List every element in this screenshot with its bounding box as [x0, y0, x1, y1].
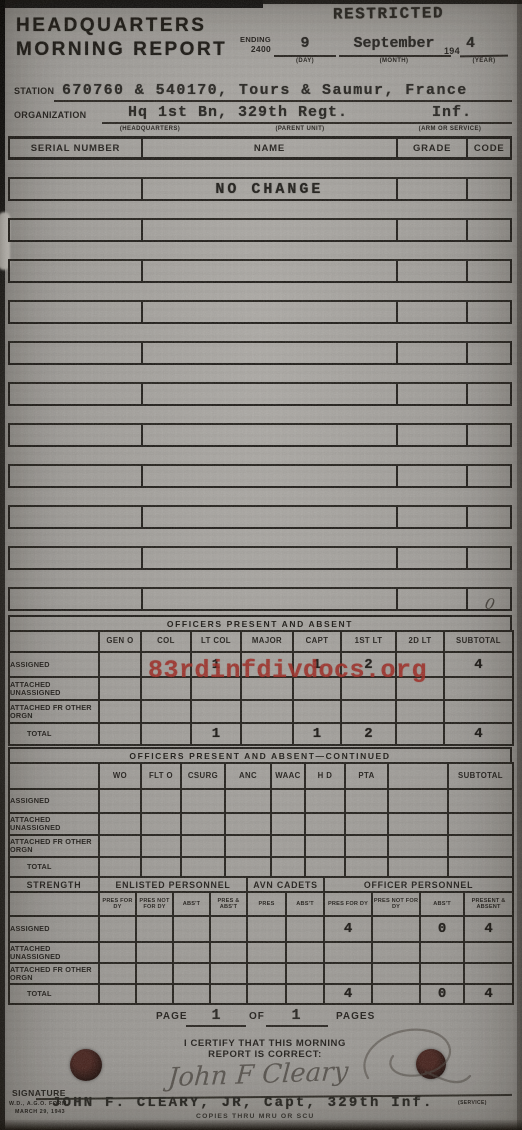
value-cell	[99, 652, 141, 677]
ending-day-value: 9	[276, 35, 334, 52]
column-header-cell: MAJOR	[241, 631, 293, 652]
roster-cell	[10, 589, 141, 609]
value-cell	[173, 963, 210, 984]
value-cell	[99, 677, 141, 700]
value-cell: 4	[324, 916, 372, 942]
table-corner-cell	[9, 631, 99, 652]
roster-header-cell: CODE	[466, 139, 510, 157]
roster-cell	[466, 220, 510, 240]
value-cell: 4	[464, 916, 513, 942]
strength-table: STRENGTHENLISTED PERSONNELAVN CADETSOFFI…	[8, 876, 512, 1005]
sub-header-empty-cell	[9, 892, 99, 916]
value-cell	[141, 857, 181, 877]
column-header-cell: ANC	[225, 763, 271, 789]
roster-row: NO CHANGE	[8, 177, 512, 201]
roster-row	[8, 218, 512, 242]
roster-row	[8, 259, 512, 283]
station-label: STATION	[14, 86, 54, 96]
group-header-cell: OFFICER PERSONNEL	[324, 877, 513, 892]
row-label-cell: ASSIGNED	[9, 916, 99, 942]
value-cell: 1	[191, 723, 241, 745]
column-header-cell: COL	[141, 631, 191, 652]
value-cell	[225, 789, 271, 813]
roster-header-cell: NAME	[141, 139, 396, 157]
value-cell	[247, 984, 286, 1004]
group-header-cell: AVN CADETS	[247, 877, 324, 892]
roster-cell	[10, 179, 141, 199]
value-cell	[99, 723, 141, 745]
sub-header-cell: PRES FOR DY	[99, 892, 136, 916]
roster-table: SERIAL NUMBERNAMEGRADECODENO CHANGE	[8, 136, 512, 611]
roster-row	[8, 341, 512, 365]
roster-cell: NO CHANGE	[141, 179, 396, 199]
sub-header-cell: PRES NOT FOR DY	[372, 892, 420, 916]
value-cell	[324, 963, 372, 984]
roster-row	[8, 546, 512, 570]
roster-cell	[466, 425, 510, 445]
roster-cell	[396, 261, 466, 281]
organization-headquarters-value: Hq 1st Bn, 329th Regt.	[128, 104, 348, 121]
row-label-cell: TOTAL	[9, 723, 99, 745]
roster-row	[8, 587, 512, 611]
group-header-cell: ENLISTED PERSONNEL	[99, 877, 247, 892]
roster-cell	[141, 589, 396, 609]
value-cell	[99, 916, 136, 942]
value-cell	[210, 984, 247, 1004]
page-underline	[186, 1025, 246, 1027]
scan-edge-top-left	[0, 0, 263, 8]
day-caption: (DAY)	[276, 58, 334, 64]
day-underline	[274, 55, 336, 57]
roster-cell	[10, 425, 141, 445]
value-cell	[448, 789, 513, 813]
value-cell	[345, 857, 388, 877]
row-label-cell: TOTAL	[9, 984, 99, 1004]
value-cell	[141, 813, 181, 835]
value-cell	[271, 813, 305, 835]
roster-cell	[10, 261, 141, 281]
value-cell	[136, 984, 173, 1004]
value-cell	[241, 700, 293, 723]
sub-header-cell: ABS'T	[286, 892, 324, 916]
organization-underline	[102, 122, 512, 124]
watermark-text: 83rdinfdivdocs.org	[148, 656, 427, 685]
value-cell	[305, 813, 345, 835]
value-cell	[324, 942, 372, 963]
value-cell	[271, 835, 305, 857]
roster-cell	[10, 466, 141, 486]
scan-edge-bottom	[0, 1120, 522, 1130]
roster-cell	[396, 384, 466, 404]
value-cell	[99, 835, 141, 857]
value-cell: 1	[293, 723, 341, 745]
officers-table: GEN OCOLLT COLMAJORCAPT1ST LT2D LTSUBTOT…	[8, 630, 514, 746]
column-header-cell: CSURG	[181, 763, 225, 789]
roster-cell	[396, 507, 466, 527]
value-cell	[173, 916, 210, 942]
column-header-cell: GEN O	[99, 631, 141, 652]
roster-row	[8, 300, 512, 324]
ending-label-block: ENDING 2400	[237, 36, 271, 54]
roster-header-row: SERIAL NUMBERNAMEGRADECODE	[8, 136, 512, 160]
roster-cell	[141, 384, 396, 404]
value-cell	[210, 942, 247, 963]
roster-cell	[10, 220, 141, 240]
value-cell	[444, 677, 513, 700]
form-note-line2: MARCH 29, 1943	[15, 1109, 65, 1115]
value-cell	[293, 700, 341, 723]
value-cell	[372, 916, 420, 942]
service-caption: (SERVICE)	[458, 1100, 487, 1106]
value-cell	[247, 916, 286, 942]
continued-table: WOFLT OCSURGANCWAACH DPTASUBTOTALASSIGNE…	[8, 762, 514, 878]
roster-cell	[141, 261, 396, 281]
value-cell	[464, 942, 513, 963]
value-cell	[345, 813, 388, 835]
roster-cell	[10, 302, 141, 322]
morning-report-scan: RESTRICTED HEADQUARTERS MORNING REPORT E…	[0, 0, 522, 1130]
sub-header-cell: PRES FOR DY	[324, 892, 372, 916]
sub-header-cell: PRES	[247, 892, 286, 916]
value-cell	[173, 942, 210, 963]
value-cell	[181, 789, 225, 813]
value-cell	[345, 789, 388, 813]
value-cell	[286, 942, 324, 963]
roster-cell	[396, 589, 466, 609]
column-header-cell: SUBTOTAL	[444, 631, 513, 652]
month-underline	[339, 55, 451, 57]
column-header-cell: LT COL	[191, 631, 241, 652]
value-cell	[341, 700, 396, 723]
value-cell	[444, 700, 513, 723]
officers-table-title: OFFICERS PRESENT AND ABSENT	[8, 615, 512, 630]
roster-cell	[141, 548, 396, 568]
value-cell	[141, 723, 191, 745]
signature-script: John F Cleary	[167, 1057, 349, 1093]
value-cell	[286, 984, 324, 1004]
roster-cell	[396, 548, 466, 568]
value-cell	[99, 813, 141, 835]
value-cell	[99, 984, 136, 1004]
table-corner-cell	[9, 763, 99, 789]
routing-note-stamp: COPIES THRU MRU OR SCU	[196, 1113, 315, 1120]
roster-cell	[10, 343, 141, 363]
value-cell	[372, 984, 420, 1004]
value-cell	[305, 857, 345, 877]
typed-signature-name: JOHN F. CLEARY, JR, Capt, 329th Inf.	[52, 1095, 434, 1111]
value-cell: 4	[324, 984, 372, 1004]
value-cell	[372, 963, 420, 984]
roster-cell	[466, 302, 510, 322]
value-cell	[136, 942, 173, 963]
roster-row	[8, 505, 512, 529]
organization-arm-value: Inf.	[432, 104, 472, 121]
parent-unit-caption: (PARENT UNIT)	[250, 126, 350, 132]
column-header-cell: 1ST LT	[341, 631, 396, 652]
value-cell	[464, 963, 513, 984]
scan-edge-right	[517, 0, 522, 1130]
roster-header-cell: SERIAL NUMBER	[10, 139, 141, 157]
page-number: 1	[188, 1007, 244, 1024]
roster-cell	[396, 220, 466, 240]
roster-cell	[466, 466, 510, 486]
column-header-cell: PTA	[345, 763, 388, 789]
roster-cell	[10, 384, 141, 404]
form-title-line2: MORNING REPORT	[16, 39, 227, 61]
value-cell: 4	[444, 652, 513, 677]
sub-header-cell: ABS'T	[173, 892, 210, 916]
column-header-cell: FLT O	[141, 763, 181, 789]
year-caption: (YEAR)	[460, 58, 508, 64]
value-cell: 0	[420, 916, 464, 942]
month-caption: (MONTH)	[340, 58, 448, 64]
sub-header-cell: PRES & ABS'T	[210, 892, 247, 916]
value-cell	[388, 857, 448, 877]
value-cell	[225, 835, 271, 857]
value-cell	[191, 700, 241, 723]
roster-cell	[141, 507, 396, 527]
value-cell	[181, 813, 225, 835]
roster-header-cell: GRADE	[396, 139, 466, 157]
roster-cell	[466, 343, 510, 363]
row-label-cell: ATTACHED FR OTHER ORGN	[9, 835, 99, 857]
value-cell	[286, 916, 324, 942]
station-value: 670760 & 540170, Tours & Saumur, France	[62, 82, 468, 99]
organization-label: ORGANIZATION	[14, 110, 86, 120]
row-label-cell: ATTACHED UNASSIGNED	[9, 813, 99, 835]
value-cell	[396, 723, 444, 745]
value-cell	[305, 789, 345, 813]
year-value: 4	[466, 35, 475, 52]
value-cell	[388, 789, 448, 813]
row-label-cell: ATTACHED FR OTHER ORGN	[9, 963, 99, 984]
value-cell	[181, 857, 225, 877]
row-label-cell: ASSIGNED	[9, 652, 99, 677]
arm-service-caption: (ARM OR SERVICE)	[400, 126, 500, 132]
scan-edge-left	[0, 0, 5, 1130]
value-cell	[141, 789, 181, 813]
officers-continued-section: OFFICERS PRESENT AND ABSENT—CONTINUED WO…	[8, 747, 512, 878]
value-cell	[448, 835, 513, 857]
value-cell	[396, 700, 444, 723]
roster-cell	[141, 343, 396, 363]
roster-cell	[141, 466, 396, 486]
column-header-cell: CAPT	[293, 631, 341, 652]
value-cell: 4	[464, 984, 513, 1004]
column-header-cell: H D	[305, 763, 345, 789]
value-cell	[448, 857, 513, 877]
row-label-cell: ASSIGNED	[9, 789, 99, 813]
roster-cell	[396, 466, 466, 486]
row-label-cell: ATTACHED FR OTHER ORGN	[9, 700, 99, 723]
value-cell	[225, 813, 271, 835]
roster-cell	[396, 179, 466, 199]
value-cell	[141, 835, 181, 857]
value-cell	[99, 963, 136, 984]
value-cell	[141, 700, 191, 723]
roster-cell	[396, 343, 466, 363]
roster-cell	[141, 425, 396, 445]
sub-header-cell: ABS'T	[420, 892, 464, 916]
value-cell	[136, 963, 173, 984]
form-title-line1: HEADQUARTERS	[16, 15, 206, 37]
year-prefix: 194	[444, 46, 460, 56]
punch-hole-left	[70, 1049, 102, 1081]
restricted-stamp: RESTRICTED	[333, 4, 444, 23]
roster-row	[8, 423, 512, 447]
roster-row	[8, 464, 512, 488]
value-cell	[247, 942, 286, 963]
signature-flourish	[348, 1018, 478, 1098]
pages-underline	[266, 1025, 328, 1027]
column-header-cell: WAAC	[271, 763, 305, 789]
value-cell	[247, 963, 286, 984]
value-cell	[448, 813, 513, 835]
value-cell: 0	[420, 984, 464, 1004]
roster-cell	[466, 261, 510, 281]
value-cell	[181, 835, 225, 857]
sub-header-cell: PRESENT & ABSENT	[464, 892, 513, 916]
value-cell	[210, 916, 247, 942]
value-cell	[99, 942, 136, 963]
row-label-cell: ATTACHED UNASSIGNED	[9, 942, 99, 963]
roster-cell	[466, 179, 510, 199]
roster-cell	[141, 302, 396, 322]
of-label: OF	[249, 1011, 265, 1022]
value-cell	[136, 916, 173, 942]
value-cell	[286, 963, 324, 984]
roster-cell	[466, 507, 510, 527]
ending-time: 2400	[237, 45, 271, 55]
station-underline	[54, 100, 512, 102]
value-cell	[271, 789, 305, 813]
value-cell	[305, 835, 345, 857]
value-cell	[99, 700, 141, 723]
form-note-line1: W.D., A.G.O. FORM	[9, 1101, 67, 1107]
page-label: PAGE	[156, 1011, 188, 1022]
value-cell	[241, 723, 293, 745]
pages-number: 1	[266, 1007, 326, 1024]
year-underline	[460, 55, 508, 58]
row-label-cell: ATTACHED UNASSIGNED	[9, 677, 99, 700]
value-cell	[345, 835, 388, 857]
value-cell	[99, 857, 141, 877]
value-cell	[173, 984, 210, 1004]
value-cell	[271, 857, 305, 877]
officers-continued-title: OFFICERS PRESENT AND ABSENT—CONTINUED	[8, 747, 512, 762]
officers-continued-table: WOFLT OCSURGANCWAACH DPTASUBTOTALASSIGNE…	[8, 762, 512, 878]
headquarters-caption: (HEADQUARTERS)	[90, 126, 210, 132]
ending-month-value: September	[340, 35, 448, 52]
value-cell	[225, 857, 271, 877]
strength-table: STRENGTHENLISTED PERSONNELAVN CADETSOFFI…	[8, 876, 514, 1005]
value-cell: 4	[444, 723, 513, 745]
roster-cell	[466, 548, 510, 568]
value-cell	[99, 789, 141, 813]
column-header-cell	[388, 763, 448, 789]
roster-cell	[10, 548, 141, 568]
roster-row	[8, 382, 512, 406]
row-label-cell: TOTAL	[9, 857, 99, 877]
value-cell	[388, 835, 448, 857]
roster-cell	[141, 220, 396, 240]
roster-cell	[466, 384, 510, 404]
strength-title-cell: STRENGTH	[9, 877, 99, 892]
value-cell	[210, 963, 247, 984]
value-cell	[420, 963, 464, 984]
roster-cell	[10, 507, 141, 527]
roster-cell	[396, 302, 466, 322]
column-header-cell: SUBTOTAL	[448, 763, 513, 789]
value-cell	[372, 942, 420, 963]
roster-cell	[396, 425, 466, 445]
value-cell: 2	[341, 723, 396, 745]
officers-table: GEN OCOLLT COLMAJORCAPT1ST LT2D LTSUBTOT…	[8, 630, 512, 746]
value-cell	[388, 813, 448, 835]
value-cell	[420, 942, 464, 963]
strength-section: STRENGTHENLISTED PERSONNELAVN CADETSOFFI…	[8, 876, 512, 1005]
sub-header-cell: PRES NOT FOR DY	[136, 892, 173, 916]
column-header-cell: WO	[99, 763, 141, 789]
column-header-cell: 2D LT	[396, 631, 444, 652]
